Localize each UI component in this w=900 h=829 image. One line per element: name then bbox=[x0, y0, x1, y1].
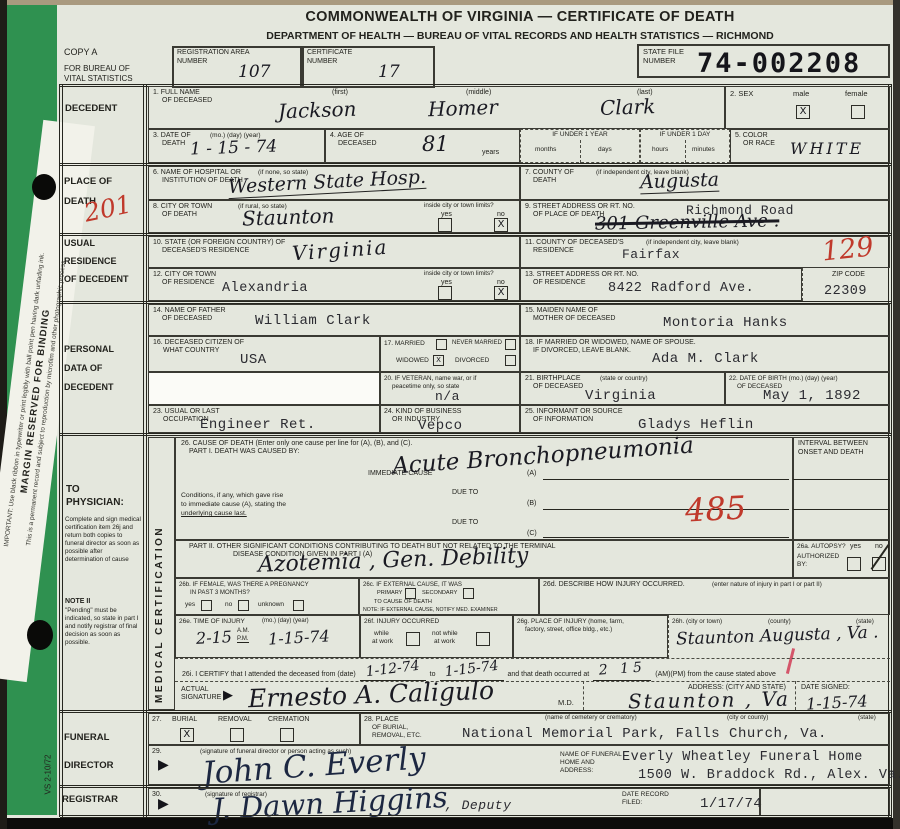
injury-while-2: at work bbox=[372, 638, 393, 645]
burial-checkbox: X bbox=[180, 728, 194, 742]
birthplace-value: Virginia bbox=[585, 388, 656, 404]
burial-hint-2: (city or county) bbox=[727, 714, 768, 721]
divider bbox=[175, 658, 890, 659]
color-label-1: 5. COLOR bbox=[735, 132, 768, 139]
dob-value: May 1, 1892 bbox=[763, 388, 861, 404]
divider bbox=[583, 681, 584, 710]
city-death-no-checkbox: X bbox=[494, 218, 508, 232]
divorced-label: DIVORCED bbox=[455, 357, 489, 364]
registration-area-value: 107 bbox=[238, 62, 270, 82]
form-number: VS 2-10/72 bbox=[44, 747, 53, 803]
age-value: 81 bbox=[422, 132, 449, 156]
cause-label-1: 26. CAUSE OF DEATH (Enter only one cause… bbox=[181, 440, 412, 447]
birthplace-label-2: OF DECEASED bbox=[533, 383, 583, 390]
cause-b-line bbox=[543, 509, 789, 510]
married-label: 17. MARRIED bbox=[384, 340, 425, 347]
street-death-struck: 301 Greenville Ave . bbox=[595, 210, 780, 234]
top-edge bbox=[0, 0, 900, 5]
city-res-limits-label: inside city or town limits? bbox=[424, 270, 494, 277]
hospital-label-1: 6. NAME OF HOSPITAL OR bbox=[153, 169, 241, 176]
interval-label: INTERVAL BETWEEN ONSET AND DEATH bbox=[798, 440, 884, 457]
field-registrar-empty bbox=[760, 788, 890, 816]
filed-value: 1/17/74 bbox=[700, 796, 762, 812]
autopsy-label-1: 26a. AUTOPSY? bbox=[797, 543, 846, 550]
age-label-2: DECEASED bbox=[338, 140, 377, 147]
conditions-line-1: Conditions, if any, which gave rise bbox=[181, 492, 283, 499]
city-res-label-2: OF RESIDENCE bbox=[162, 279, 215, 286]
copy-label: COPY A bbox=[64, 47, 97, 57]
certify-mid: and that death occurred at bbox=[508, 671, 590, 678]
burial-label: BURIAL bbox=[172, 716, 197, 723]
color-value: WHITE bbox=[790, 139, 864, 158]
citizen-label-1: 16. DECEASED CITIZEN OF bbox=[153, 339, 244, 346]
county-res-hint: (if independent city, leave blank) bbox=[646, 239, 739, 246]
city-death-label-1: 8. CITY OR TOWN bbox=[153, 203, 212, 210]
mother-value: Montoria Hanks bbox=[663, 315, 788, 331]
section-residence-3: OF DECEDENT bbox=[64, 274, 129, 284]
business-value: Vepco bbox=[418, 418, 463, 434]
city-death-value: Staunton bbox=[242, 203, 335, 230]
occupation-value: Engineer Ret. bbox=[200, 417, 316, 433]
injury-not-while-1: not while bbox=[432, 630, 458, 637]
age-label-1: 4. AGE OF bbox=[330, 132, 364, 139]
date-signed-label: DATE SIGNED: bbox=[801, 684, 850, 691]
injury-county-label: (county) bbox=[768, 618, 791, 625]
street-death-label-1: 9. STREET ADDRESS OR RT. NO. bbox=[525, 203, 635, 210]
zip-label: ZIP CODE bbox=[832, 271, 865, 278]
mother-label-1: 15. MAIDEN NAME OF bbox=[525, 307, 598, 314]
street-res-label-1: 13. STREET ADDRESS OR RT. NO. bbox=[525, 271, 639, 278]
section-personal-1: PERSONAL bbox=[64, 344, 114, 354]
under1year-months: months bbox=[535, 146, 556, 153]
under1day-minutes: minutes bbox=[692, 146, 715, 153]
section-residence-2: RESIDENCE bbox=[64, 256, 117, 266]
autopsy-label-3: BY: bbox=[797, 561, 807, 568]
injury-while-checkbox bbox=[406, 632, 420, 646]
county-res-label-2: RESIDENCE bbox=[533, 247, 574, 254]
how-injury-label: 26d. DESCRIBE HOW INJURY OCCURRED. bbox=[543, 581, 685, 588]
cause-c-line bbox=[543, 537, 789, 538]
dod-label-1: 3. DATE OF bbox=[153, 132, 191, 139]
spouse-label-1: 18. IF MARRIED OR WIDOWED, NAME OF SPOUS… bbox=[525, 339, 696, 346]
due-to-1-label: DUE TO bbox=[452, 489, 478, 496]
cremation-label: CREMATION bbox=[268, 716, 309, 723]
pregnancy-unknown-checkbox bbox=[293, 600, 304, 611]
hole-punch bbox=[32, 174, 56, 200]
scanned-death-certificate: { "colors": {"paper":"#e4e7dd","binding_… bbox=[0, 0, 900, 829]
city-res-label-1: 12. CITY OR TOWN bbox=[153, 271, 216, 278]
divider bbox=[795, 681, 796, 710]
conditions-line-3: underlying cause last. bbox=[181, 510, 247, 517]
city-res-value: Alexandria bbox=[222, 281, 308, 296]
section-funeral-2: DIRECTOR bbox=[64, 760, 113, 771]
full-name-label-2: OF DECEASED bbox=[162, 97, 212, 104]
section-place-of-death-1: PLACE OF bbox=[64, 176, 112, 187]
cremation-checkbox bbox=[280, 728, 294, 742]
autopsy-yes-checkbox bbox=[847, 557, 861, 571]
injury-not-while-checkbox bbox=[476, 632, 490, 646]
funeral-home-address: 1500 W. Braddock Rd., Alex. Va. bbox=[638, 768, 900, 783]
informant-label-2: OF INFORMATION bbox=[533, 416, 593, 423]
sex-male-checkbox: X bbox=[796, 105, 810, 119]
pregnancy-label-2: IN PAST 3 MONTHS? bbox=[190, 589, 250, 596]
funeral-home-label-3: ADDRESS: bbox=[560, 767, 593, 774]
place-injury-label-1: 26g. PLACE OF INJURY (home, farm, bbox=[517, 618, 624, 625]
pregnancy-unknown-label: unknown bbox=[258, 601, 284, 608]
county-death-value: Augusta bbox=[640, 169, 720, 195]
state-file-label: STATE FILE NUMBER bbox=[643, 47, 703, 65]
burial-place-value: National Memorial Park, Falls Church, Va… bbox=[462, 726, 827, 742]
city-death-limits-label: inside city or town limits? bbox=[424, 202, 494, 209]
sex-female-checkbox bbox=[851, 105, 865, 119]
citizen-label-2: WHAT COUNTRY bbox=[163, 347, 219, 354]
state-file-value: 74-002208 bbox=[697, 48, 861, 79]
cause-a-line bbox=[543, 479, 789, 480]
red-code-129: 129 bbox=[821, 231, 876, 267]
pregnancy-label-1: 26b. IF FEMALE, WAS THERE A PREGNANCY bbox=[179, 581, 309, 588]
spouse-label-2: IF DIVORCED, LEAVE BLANK. bbox=[533, 347, 631, 354]
field-19-blank bbox=[148, 372, 380, 405]
arrow-icon: ▶ bbox=[158, 795, 169, 812]
time-injury-pm: P.M. bbox=[237, 636, 249, 643]
zip-value: 22309 bbox=[824, 284, 867, 299]
under1day-hours: hours bbox=[652, 146, 668, 153]
color-label-2: OR RACE bbox=[743, 140, 775, 147]
actual-signature-label-2: SIGNATURE bbox=[181, 694, 221, 701]
page-subtitle: DEPARTMENT OF HEALTH — BUREAU OF VITAL R… bbox=[160, 30, 880, 42]
md-label: M.D. bbox=[558, 698, 574, 707]
burial-place-label-1: 28. PLACE bbox=[364, 716, 399, 723]
pregnancy-no-checkbox bbox=[238, 600, 249, 611]
cause-c-label: (C) bbox=[527, 530, 537, 537]
cause-b-label: (B) bbox=[527, 500, 536, 507]
cause-a-label: (A) bbox=[527, 470, 536, 477]
occupation-label-1: 23. USUAL OR LAST bbox=[153, 408, 220, 415]
under1year-days: days bbox=[598, 146, 612, 153]
pregnancy-yes-label: yes bbox=[185, 601, 195, 608]
street-res-value: 8422 Radford Ave. bbox=[608, 281, 754, 296]
county-res-value: Fairfax bbox=[622, 247, 680, 262]
note2-title: NOTE II bbox=[65, 598, 90, 605]
injury-not-while-2: at work bbox=[434, 638, 455, 645]
under1year-label: IF UNDER 1 YEAR bbox=[520, 131, 640, 138]
divider bbox=[793, 479, 890, 480]
injury-city-label: 26h. (city or town) bbox=[672, 618, 722, 625]
city-res-no-checkbox: X bbox=[494, 286, 508, 300]
section-registrar: REGISTRAR bbox=[62, 794, 118, 805]
street-death-label-2: OF PLACE OF DEATH bbox=[533, 211, 604, 218]
never-married-checkbox bbox=[505, 339, 516, 350]
state-res-label-1: 10. STATE (OR FOREIGN COUNTRY) OF bbox=[153, 239, 285, 246]
father-value: William Clark bbox=[255, 313, 371, 329]
certify-suffix: (AM)(PM) from the cause stated above bbox=[655, 671, 776, 678]
mother-label-2: MOTHER OF DECEASED bbox=[533, 315, 615, 322]
pregnancy-no-label: no bbox=[225, 601, 232, 608]
sex-male-label: male bbox=[793, 89, 809, 98]
divorced-checkbox bbox=[505, 355, 516, 366]
page-title: COMMONWEALTH OF VIRGINIA — CERTIFICATE O… bbox=[160, 9, 880, 25]
divider bbox=[60, 433, 892, 436]
due-to-2-label: DUE TO bbox=[452, 519, 478, 526]
hint-first: (first) bbox=[332, 89, 348, 96]
arrow-icon: ▶ bbox=[223, 687, 233, 703]
external-primary-label: PRIMARY bbox=[377, 590, 402, 596]
birthplace-hint: (state or country) bbox=[600, 375, 648, 382]
cause-label-2: PART I. DEATH WAS CAUSED BY: bbox=[189, 448, 299, 455]
city-death-yes-label: yes bbox=[441, 211, 452, 218]
divider bbox=[175, 681, 890, 682]
under1day-label: IF UNDER 1 DAY bbox=[640, 131, 730, 138]
father-label-2: OF DECEASED bbox=[162, 315, 212, 322]
autopsy-label-2: AUTHORIZED bbox=[797, 553, 839, 560]
full-name-middle: Homer bbox=[428, 95, 499, 121]
dod-label-2: DEATH bbox=[162, 140, 185, 147]
city-res-yes-label: yes bbox=[441, 279, 452, 286]
age-unit: years bbox=[482, 149, 499, 156]
section-decedent: DECEDENT bbox=[65, 103, 117, 114]
sex-label: 2. SEX bbox=[730, 89, 753, 98]
divider bbox=[59, 84, 63, 817]
funeral-home-name: Everly Wheatley Funeral Home bbox=[622, 750, 863, 765]
section-personal-3: DECEDENT bbox=[64, 382, 114, 392]
removal-label: REMOVAL bbox=[218, 716, 252, 723]
red-code-485: 485 bbox=[684, 488, 747, 529]
burial-hint-1: (name of cemetery or crematory) bbox=[545, 714, 637, 721]
copy-for-label: FOR BUREAU OF VITAL STATISTICS bbox=[64, 64, 146, 84]
section-to-physician-1: TO bbox=[66, 484, 80, 495]
informant-label-1: 25. INFORMANT OR SOURCE bbox=[525, 408, 623, 415]
full-name-label-1: 1. FULL NAME bbox=[153, 89, 200, 96]
spouse-value: Ada M. Clark bbox=[652, 351, 759, 367]
county-res-label-1: 11. COUNTY OF DECEASED'S bbox=[525, 239, 624, 246]
arrow-icon: ▶ bbox=[158, 756, 169, 773]
county-death-label-1: 7. COUNTY OF bbox=[525, 169, 574, 176]
external-label-1: 26c. IF EXTERNAL CAUSE, IT WAS bbox=[363, 581, 462, 588]
veteran-label-1: 20. IF VETERAN, name war, or if bbox=[384, 375, 476, 382]
full-name-first: Jackson bbox=[278, 97, 357, 124]
right-edge bbox=[893, 0, 900, 829]
external-label-2: TO CAUSE OF DEATH bbox=[374, 599, 432, 605]
section-funeral-1: FUNERAL bbox=[64, 732, 109, 743]
certify-prefix: 26i. I CERTIFY that I attended the decea… bbox=[182, 671, 356, 678]
how-injury-hint: (enter nature of injury in part I or par… bbox=[712, 581, 822, 588]
external-secondary-checkbox bbox=[463, 588, 474, 599]
time-injury-hints: (mo.) (day) (year) bbox=[262, 618, 309, 624]
divider bbox=[60, 815, 892, 818]
left-edge bbox=[0, 0, 7, 829]
filed-label-1: DATE RECORD bbox=[622, 791, 669, 798]
funeral-home-label-2: HOME AND bbox=[560, 759, 595, 766]
section-to-physician-2: PHYSICIAN: bbox=[66, 497, 124, 508]
time-injury-am: A.M. bbox=[237, 628, 249, 634]
divider bbox=[143, 84, 147, 817]
injury-while-1: while bbox=[374, 630, 389, 637]
county-death-label-2: DEATH bbox=[533, 177, 556, 184]
burial-hint-3: (state) bbox=[858, 714, 876, 721]
veteran-value: n/a bbox=[435, 389, 460, 404]
hole-punch bbox=[27, 620, 53, 650]
city-death-label-2: OF DEATH bbox=[162, 211, 197, 218]
dod-value: 1 - 15 - 74 bbox=[190, 136, 278, 159]
father-label-1: 14. NAME OF FATHER bbox=[153, 307, 226, 314]
never-married-label: NEVER MARRIED bbox=[452, 340, 502, 346]
autopsy-yes-label: yes bbox=[850, 543, 861, 550]
state-res-label-2: DECEASED'S RESIDENCE bbox=[162, 247, 249, 254]
f29-num: 29. bbox=[152, 748, 162, 755]
external-note: NOTE: IF EXTERNAL CAUSE, NOTIFY MED. EXA… bbox=[363, 607, 498, 613]
section-residence-1: USUAL bbox=[64, 238, 95, 248]
actual-signature-label-1: ACTUAL bbox=[181, 686, 209, 693]
business-label-1: 24. KIND OF BUSINESS bbox=[384, 408, 461, 415]
note2-text: "Pending" must be indicated, so state in… bbox=[65, 607, 143, 647]
city-death-no-label: no bbox=[497, 211, 505, 218]
section-personal-2: DATA OF bbox=[64, 363, 102, 373]
birthplace-label-1: 21. BIRTHPLACE bbox=[525, 375, 581, 382]
external-secondary-label: SECONDARY bbox=[422, 590, 457, 596]
full-name-last: Clark bbox=[600, 94, 656, 120]
certificate-number-value: 17 bbox=[378, 62, 400, 82]
married-checkbox bbox=[436, 339, 447, 350]
divider bbox=[793, 509, 890, 510]
city-res-yes-checkbox bbox=[438, 286, 452, 300]
registrar-deputy: , Deputy bbox=[445, 798, 511, 813]
sex-female-label: female bbox=[845, 89, 868, 98]
divider bbox=[685, 140, 686, 163]
removal-checkbox bbox=[230, 728, 244, 742]
burial-place-label-2: OF BURIAL, bbox=[372, 724, 408, 731]
street-res-label-2: OF RESIDENCE bbox=[533, 279, 586, 286]
citizen-value: USA bbox=[240, 352, 267, 368]
funeral-home-label-1: NAME OF FUNERAL bbox=[560, 751, 622, 758]
dob-label-1: 22. DATE OF BIRTH (mo.) (day) (year) bbox=[729, 375, 838, 382]
physician-note: Complete and sign medical certification … bbox=[65, 516, 141, 564]
time-injury-date: 1-15-74 bbox=[268, 626, 331, 648]
burial-place-label-3: REMOVAL, ETC. bbox=[372, 732, 422, 739]
certificate-number-label: CERTIFICATE NUMBER bbox=[307, 49, 377, 66]
filed-label-2: FILED: bbox=[622, 799, 642, 806]
pregnancy-yes-checkbox bbox=[201, 600, 212, 611]
time-injury-label: 26e. TIME OF INJURY bbox=[179, 618, 245, 625]
time-injury-time: 2-15 bbox=[196, 627, 233, 648]
place-injury-label-2: factory, street, office bldg., etc.) bbox=[525, 626, 612, 633]
injury-occurred-label: 26f. INJURY OCCURRED bbox=[364, 618, 439, 625]
widowed-label: WIDOWED bbox=[396, 357, 429, 364]
bottom-edge bbox=[0, 818, 900, 829]
autopsy-no-label: no bbox=[875, 543, 883, 550]
medical-certification-vertical-label: MEDICAL CERTIFICATION bbox=[154, 448, 165, 703]
certify-time: 2 15 bbox=[598, 659, 646, 678]
certify-from-date: 1-12-74 bbox=[365, 658, 421, 680]
city-res-no-label: no bbox=[497, 279, 505, 286]
conditions-line-2: to immediate cause (A), stating the bbox=[181, 501, 286, 508]
divider bbox=[580, 140, 581, 163]
external-primary-checkbox bbox=[405, 588, 416, 599]
informant-value: Gladys Heflin bbox=[638, 417, 754, 433]
f27-num: 27. bbox=[152, 716, 162, 723]
city-death-yes-checkbox bbox=[438, 218, 452, 232]
widowed-checkbox: X bbox=[433, 355, 444, 366]
